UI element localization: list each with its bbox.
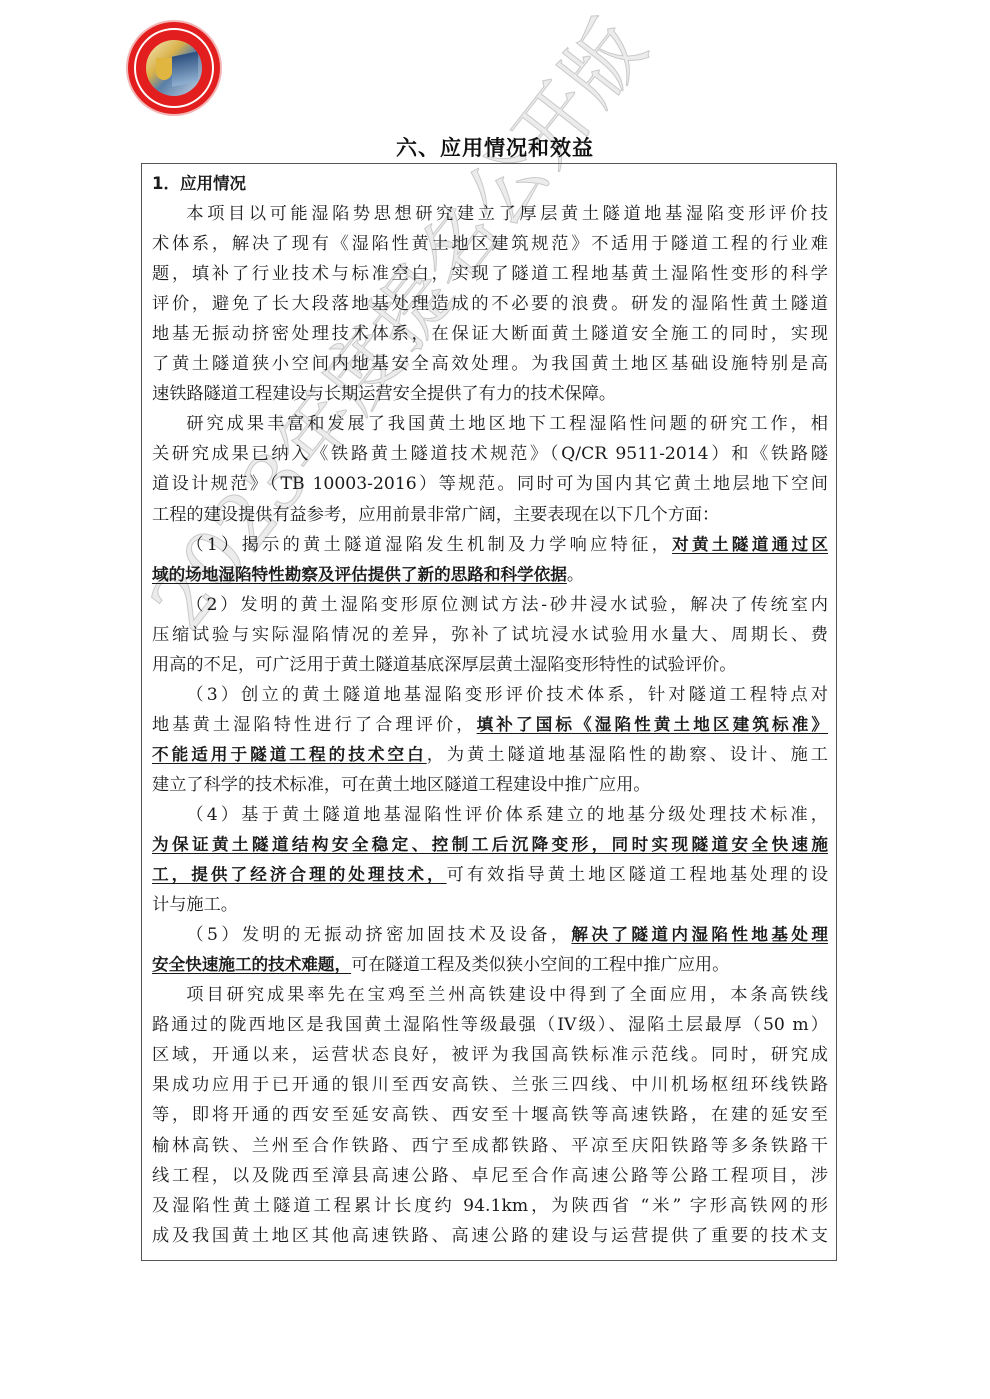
paragraph-line: 关研究成果已纳入《铁路黄土隧道技术规范》（Q/CR 9511-2014）和《铁路… bbox=[152, 439, 828, 469]
list-item-4-line: （4）基于黄土隧道地基湿陷性评价体系建立的地基分级处理技术标准， bbox=[152, 800, 828, 830]
plain-text: ，为黄土隧道地基湿陷性的勘察、设计、施工 bbox=[427, 745, 828, 765]
plain-text: （1）揭示的黄土隧道湿陷发生机制及力学响应特征， bbox=[186, 535, 672, 555]
paragraph-line: 地基无振动挤密处理技术体系，在保证大断面黄土隧道安全施工的同时，实现 bbox=[152, 319, 828, 349]
content-table-cell: 1．应用情况 本项目以可能湿陷势思想研究建立了厚层黄土隧道地基湿陷变形评价技 术… bbox=[141, 163, 837, 1261]
emphasis-text: 为保证黄土隧道结构安全稳定、控制工后沉降变形，同时实现隧道安全快速施 bbox=[152, 835, 828, 854]
paragraph-line: 术体系，解决了现有《湿陷性黄土地区建筑规范》不适用于隧道工程的行业难 bbox=[152, 229, 828, 259]
list-item-2-line: （2）发明的黄土湿陷变形原位测试方法-砂井浸水试验，解决了传统室内 bbox=[152, 590, 828, 620]
emphasis-text: 安全快速施工的技术难题， bbox=[152, 955, 351, 974]
plain-text: （5）发明的无振动挤密加固技术及设备， bbox=[186, 925, 571, 945]
list-item-2-line: 用高的不足，可广泛用于黄土隧道基底深厚层黄土湿陷变形特性的试验评价。 bbox=[152, 650, 828, 680]
seal-emblem-image bbox=[146, 40, 202, 96]
list-item-4-line: 为保证黄土隧道结构安全稳定、控制工后沉降变形，同时实现隧道安全快速施 bbox=[152, 830, 828, 860]
paragraph-line: 本项目以可能湿陷势思想研究建立了厚层黄土隧道地基湿陷变形评价技 bbox=[152, 199, 828, 229]
list-item-3-line: 不能适用于隧道工程的技术空白，为黄土隧道地基湿陷性的勘察、设计、施工 bbox=[152, 740, 828, 770]
list-item-5-line: 安全快速施工的技术难题，可在隧道工程及类似狭小空间的工程中推广应用。 bbox=[152, 950, 828, 980]
paragraph-line: 速铁路隧道工程建设与长期运营安全提供了有力的技术保障。 bbox=[152, 379, 828, 409]
paragraph-line: 成及我国黄土地区其他高速铁路、高速公路的建设与运营提供了重要的技术支 bbox=[152, 1221, 828, 1251]
paragraph-line: 榆林高铁、兰州至合作铁路、西宁至成都铁路、平凉至庆阳铁路等多条铁路干 bbox=[152, 1131, 828, 1161]
emphasis-text: 域的场地湿陷特性勘察及评估提供了新的思路和科学依据 bbox=[152, 565, 567, 584]
list-item-1-line: （1）揭示的黄土隧道湿陷发生机制及力学响应特征，对黄土隧道通过区 bbox=[152, 530, 828, 560]
paragraph-line: 路通过的陇西地区是我国黄土湿陷性等级最强（IV级）、湿陷土层最厚（50 m） bbox=[152, 1010, 828, 1040]
list-item-2-line: 压缩试验与实际湿陷情况的差异，弥补了试坑浸水试验用水量大、周期长、费 bbox=[152, 620, 828, 650]
section-content: 1．应用情况 本项目以可能湿陷势思想研究建立了厚层黄土隧道地基湿陷变形评价技 术… bbox=[152, 169, 828, 1251]
seal-logo bbox=[128, 22, 220, 114]
list-item-3-line: （3）创立的黄土隧道地基湿陷变形评价技术体系，针对隧道工程特点对 bbox=[152, 680, 828, 710]
paragraph-line: 研究成果丰富和发展了我国黄土地区地下工程湿陷性问题的研究工作，相 bbox=[152, 409, 828, 439]
list-item-4-line: 工，提供了经济合理的处理技术，可有效指导黄土地区隧道工程地基处理的设 bbox=[152, 860, 828, 890]
paragraph-line: 区域，开通以来，运营状态良好，被评为我国高铁标准示范线。同时，研究成 bbox=[152, 1040, 828, 1070]
paragraph-line: 评价，避免了长大段落地基处理造成的不必要的浪费。研发的湿陷性黄土隧道 bbox=[152, 289, 828, 319]
paragraph-line: 道设计规范》（TB 10003-2016）等规范。同时可为国内其它黄土地层地下空… bbox=[152, 469, 828, 499]
list-item-3-line: 建立了科学的技术标准，可在黄土地区隧道工程建设中推广应用。 bbox=[152, 770, 828, 800]
paragraph-line: 等，即将开通的西安至延安高铁、西安至十堰高铁等高速铁路，在建的延安至 bbox=[152, 1100, 828, 1130]
section-heading: 1．应用情况 bbox=[152, 169, 828, 199]
paragraph-line: 果成功应用于已开通的银川至西安高铁、兰张三四线、中川机场枢纽环线铁路 bbox=[152, 1070, 828, 1100]
emphasis-text: 不能适用于隧道工程的技术空白 bbox=[152, 745, 427, 764]
paragraph-line: 及湿陷性黄土隧道工程累计长度约 94.1km，为陕西省 “米” 字形高铁网的形 bbox=[152, 1191, 828, 1221]
building-icon bbox=[172, 51, 198, 87]
plain-text: 可在隧道工程及类似狭小空间的工程中推广应用。 bbox=[351, 955, 729, 975]
emphasis-text: 工，提供了经济合理的处理技术， bbox=[152, 865, 447, 884]
list-item-3-line: 地基黄土湿陷特性进行了合理评价，填补了国标《湿陷性黄土地区建筑标准》 bbox=[152, 710, 828, 740]
plain-text: 可有效指导黄土地区隧道工程地基处理的设 bbox=[447, 865, 828, 885]
paragraph-line: 工程的建设提供有益参考，应用前景非常广阔，主要表现在以下几个方面： bbox=[152, 500, 828, 530]
list-item-1-line: 域的场地湿陷特性勘察及评估提供了新的思路和科学依据。 bbox=[152, 560, 828, 590]
paragraph-line: 项目研究成果率先在宝鸡至兰州高铁建设中得到了全面应用，本条高铁线 bbox=[152, 980, 828, 1010]
list-item-4-line: 计与施工。 bbox=[152, 890, 828, 920]
page-title: 六、应用情况和效益 bbox=[0, 132, 990, 162]
plain-text: 地基黄土湿陷特性进行了合理评价， bbox=[152, 715, 477, 735]
plain-text: 。 bbox=[567, 565, 584, 585]
emphasis-text: 对黄土隧道通过区 bbox=[672, 535, 828, 554]
paragraph-line: 线工程，以及陇西至漳县高速公路、卓尼至合作高速公路等公路工程项目，涉 bbox=[152, 1161, 828, 1191]
list-item-5-line: （5）发明的无振动挤密加固技术及设备，解决了隧道内湿陷性地基处理 bbox=[152, 920, 828, 950]
paragraph-line: 题，填补了行业技术与标准空白，实现了隧道工程地基黄土湿陷性变形的科学 bbox=[152, 259, 828, 289]
emphasis-text: 填补了国标《湿陷性黄土地区建筑标准》 bbox=[477, 715, 828, 734]
trophy-icon bbox=[156, 58, 172, 80]
emphasis-text: 解决了隧道内湿陷性地基处理 bbox=[571, 925, 828, 944]
paragraph-line: 了黄土隧道狭小空间内地基安全高效处理。为我国黄土地区基础设施特别是高 bbox=[152, 349, 828, 379]
